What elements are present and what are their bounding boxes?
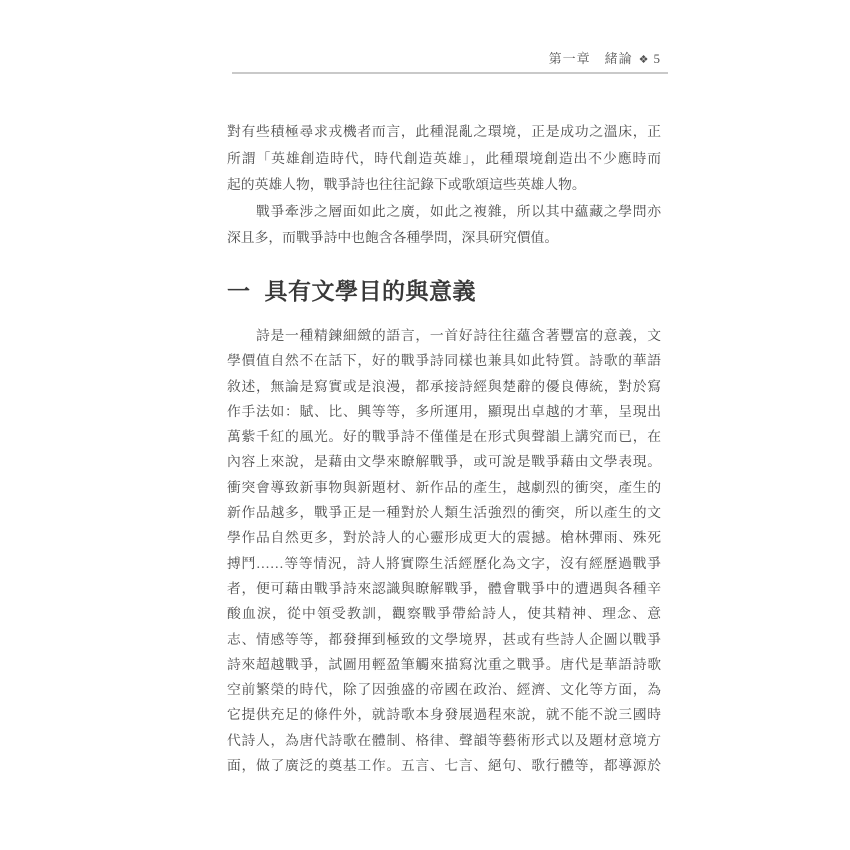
paragraph: 戰爭牽涉之層面如此之廣，如此之複雜，所以其中蘊藏之學問亦深且多，而戰爭詩中也飽含… [227, 199, 661, 252]
text-line: 學價值自然不在話下，好的戰爭詩同樣也兼具如此特質。詩歌的華語 [227, 348, 661, 373]
diamond-ornament-icon: ❖ [639, 51, 650, 69]
text-line: 作手法如：賦、比、興等等，多所運用，顯現出卓越的才華，呈現出 [227, 399, 661, 424]
heading-title: 具有文學目的與意義 [265, 279, 477, 304]
text-line: 學作品自然更多，對於詩人的心靈形成更大的震撼。槍林彈雨、殊死 [227, 525, 661, 550]
text-line: 酸血淚，從中領受教訓，觀察戰爭帶給詩人，使其精神、理念、意 [227, 601, 661, 626]
text-line: 空前繁榮的時代，除了因強盛的帝國在政治、經濟、文化等方面，為 [227, 677, 661, 702]
paragraph: 詩是一種精鍊細緻的語言，一首好詩往往蘊含著豐富的意義，文學價值自然不在話下，好的… [227, 323, 661, 778]
chapter-label: 第一章 緒論 [549, 51, 633, 66]
body-paragraphs: 詩是一種精鍊細緻的語言，一首好詩往往蘊含著豐富的意義，文學價值自然不在話下，好的… [227, 323, 661, 778]
text-line: 衝突會導致新事物與新題材、新作品的產生，越劇烈的衝突，產生的 [227, 475, 661, 500]
text-line: 詩是一種精鍊細緻的語言，一首好詩往往蘊含著豐富的意義，文 [227, 323, 661, 348]
text-line: 戰爭牽涉之層面如此之廣，如此之複雜，所以其中蘊藏之學問亦 [227, 199, 661, 226]
text-line: 起的英雄人物，戰爭詩也往往記錄下或歌頌這些英雄人物。 [227, 172, 661, 199]
intro-paragraphs: 對有些積極尋求戎機者而言，此種混亂之環境，正是成功之溫床，正所謂「英雄創造時代，… [227, 119, 661, 252]
text-line: 萬紫千紅的風光。好的戰爭詩不僅僅是在形式與聲韻上講究而已，在 [227, 424, 661, 449]
text-line: 敘述，無論是寫實或是浪漫，都承接詩經與楚辭的優良傳統，對於寫 [227, 374, 661, 399]
text-line: 詩來超越戰爭，試圖用輕盈筆觸來描寫沈重之戰爭。唐代是華語詩歌 [227, 652, 661, 677]
text-line: 對有些積極尋求戎機者而言，此種混亂之環境，正是成功之溫床，正 [227, 119, 661, 146]
book-page: 第一章 緒論❖5 對有些積極尋求戎機者而言，此種混亂之環境，正是成功之溫床，正所… [0, 0, 850, 850]
text-line: 深且多，而戰爭詩中也飽含各種學問，深具研究價值。 [227, 225, 661, 252]
section-heading: 一具有文學目的與意義 [227, 276, 661, 308]
text-line: 志、情感等等，都發揮到極致的文學境界，甚或有些詩人企圖以戰爭 [227, 627, 661, 652]
page-header: 第一章 緒論❖5 [227, 50, 661, 68]
text-line: 搏鬥……等等情況，詩人將實際生活經歷化為文字，沒有經歷過戰爭 [227, 551, 661, 576]
text-line: 內容上來說，是藉由文學來瞭解戰爭，或可說是戰爭藉由文學表現。 [227, 449, 661, 474]
page-number: 5 [654, 51, 662, 66]
text-line: 所謂「英雄創造時代，時代創造英雄」，此種環境創造出不少應時而 [227, 146, 661, 173]
text-line: 它提供充足的條件外，就詩歌本身發展過程來說，就不能不說三國時 [227, 702, 661, 727]
text-line: 代詩人，為唐代詩歌在體制、格律、聲韻等藝術形式以及題材意境方 [227, 728, 661, 753]
header-divider [232, 72, 668, 74]
paragraph: 對有些積極尋求戎機者而言，此種混亂之環境，正是成功之溫床，正所謂「英雄創造時代，… [227, 119, 661, 199]
text-line: 面，做了廣泛的奠基工作。五言、七言、絕句、歌行體等，都導源於 [227, 753, 661, 778]
heading-number: 一 [227, 279, 251, 304]
text-line: 者，便可藉由戰爭詩來認識與瞭解戰爭，體會戰爭中的遭遇與各種辛 [227, 576, 661, 601]
text-line: 新作品越多，戰爭正是一種對於人類生活強烈的衝突，所以產生的文 [227, 500, 661, 525]
